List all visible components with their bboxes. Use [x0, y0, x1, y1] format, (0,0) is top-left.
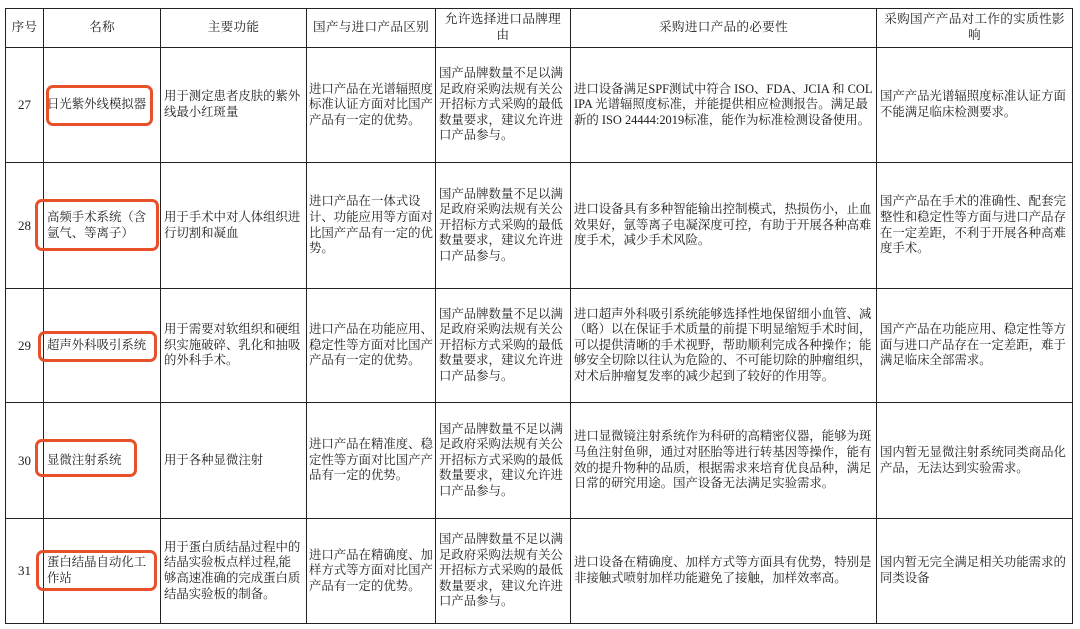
cell-no: 31	[6, 519, 44, 624]
cell-reason: 国产品牌数量不足以满足政府采购法规有关公开招标方式采购的最低数量要求，建议允许进…	[436, 403, 571, 519]
cell-reason: 国产品牌数量不足以满足政府采购法规有关公开招标方式采购的最低数量要求，建议允许进…	[436, 163, 571, 289]
header-necessity: 采购进口产品的必要性	[571, 9, 877, 48]
cell-domestic-impact: 国内暂无显微注射系统同类商品化产品，无法达到实验需求。	[877, 403, 1073, 519]
cell-difference: 进口产品在精准度、稳定性等方面对比国产产品有一定的优势。	[307, 403, 436, 519]
cell-no: 29	[6, 289, 44, 403]
cell-function: 用于手术中对人体组织进行切割和凝血	[161, 163, 307, 289]
procurement-table-page: 序号 名称 主要功能 国产与进口产品区别 允许选择进口品牌理由 采购进口产品的必…	[5, 8, 1072, 623]
table-header-row: 序号 名称 主要功能 国产与进口产品区别 允许选择进口品牌理由 采购进口产品的必…	[6, 9, 1073, 48]
cell-no: 27	[6, 48, 44, 163]
cell-domestic-impact: 国产产品在功能应用、稳定性等方面与进口产品存在一定差距，难于满足临床全部需求。	[877, 289, 1073, 403]
cell-domestic-impact: 国产产品光谱辐照度标准认证方面不能满足临床检测要求。	[877, 48, 1073, 163]
cell-necessity: 进口设备具有多种智能输出控制模式，热损伤小，止血效果好，氩等离子电凝深度可控，有…	[571, 163, 877, 289]
cell-reason: 国产品牌数量不足以满足政府采购法规有关公开招标方式采购的最低数量要求，建议允许进…	[436, 48, 571, 163]
cell-necessity: 进口设备在精确度、加样方式等方面具有优势，特别是非接触式喷射加样功能避免了接触，…	[571, 519, 877, 624]
table-row: 27 日光紫外线模拟器 用于测定患者皮肤的紫外线最小红斑量 进口产品在光谱辐照度…	[6, 48, 1073, 163]
cell-name: 超声外科吸引系统	[44, 289, 161, 403]
cell-function: 用于测定患者皮肤的紫外线最小红斑量	[161, 48, 307, 163]
table-row: 30 显微注射系统 用于各种显微注射 进口产品在精准度、稳定性等方面对比国产产品…	[6, 403, 1073, 519]
cell-name: 高频手术系统（含氩气、等离子）	[44, 163, 161, 289]
cell-difference: 进口产品在一体式设计、功能应用等方面对比国产产品有一定的优势。	[307, 163, 436, 289]
cell-name: 日光紫外线模拟器	[44, 48, 161, 163]
table-row: 31 蛋白结晶自动化工作站 用于蛋白质结晶过程中的结晶实验板点样过程,能够高速准…	[6, 519, 1073, 624]
import-justification-table: 序号 名称 主要功能 国产与进口产品区别 允许选择进口品牌理由 采购进口产品的必…	[5, 8, 1073, 624]
cell-function: 用于蛋白质结晶过程中的结晶实验板点样过程,能够高速准确的完成蛋白质结晶实验板的制…	[161, 519, 307, 624]
cell-function: 用于各种显微注射	[161, 403, 307, 519]
cell-name: 蛋白结晶自动化工作站	[44, 519, 161, 624]
header-reason: 允许选择进口品牌理由	[436, 9, 571, 48]
cell-reason: 国产品牌数量不足以满足政府采购法规有关公开招标方式采购的最低数量要求，建议允许进…	[436, 289, 571, 403]
header-domestic-impact: 采购国产产品对工作的实质性影响	[877, 9, 1073, 48]
header-name: 名称	[44, 9, 161, 48]
header-function: 主要功能	[161, 9, 307, 48]
cell-domestic-impact: 国内暂无完全满足相关功能需求的同类设备	[877, 519, 1073, 624]
cell-necessity: 进口设备满足SPF测试中符合 ISO、FDA、JCIA 和 COLIPA 光谱辐…	[571, 48, 877, 163]
header-difference: 国产与进口产品区别	[307, 9, 436, 48]
cell-reason: 国产品牌数量不足以满足政府采购法规有关公开招标方式采购的最低数量要求，建议允许进…	[436, 519, 571, 624]
cell-function: 用于需要对软组织和硬组织实施破碎、乳化和抽吸的外科手术。	[161, 289, 307, 403]
cell-difference: 进口产品在光谱辐照度标准认证方面对比国产产品有一定的优势。	[307, 48, 436, 163]
cell-necessity: 进口超声外科吸引系统能够选择性地保留细小血管、减（略）以在保证手术质量的前提下明…	[571, 289, 877, 403]
table-row: 29 超声外科吸引系统 用于需要对软组织和硬组织实施破碎、乳化和抽吸的外科手术。…	[6, 289, 1073, 403]
cell-difference: 进口产品在精确度、加样方式等方面对比国产产品有一定的优势。	[307, 519, 436, 624]
cell-no: 30	[6, 403, 44, 519]
header-no: 序号	[6, 9, 44, 48]
cell-necessity: 进口显微镜注射系统作为科研的高精密仪器，能够为斑马鱼注射鱼卵，通过对胚胎等进行转…	[571, 403, 877, 519]
cell-name: 显微注射系统	[44, 403, 161, 519]
cell-no: 28	[6, 163, 44, 289]
cell-difference: 进口产品在功能应用、稳定性等方面对比国产产品有一定的优势。	[307, 289, 436, 403]
cell-domestic-impact: 国产产品在手术的准确性、配套完整性和稳定性等方面与进口产品存在一定差距，不利于开…	[877, 163, 1073, 289]
table-row: 28 高频手术系统（含氩气、等离子） 用于手术中对人体组织进行切割和凝血 进口产…	[6, 163, 1073, 289]
